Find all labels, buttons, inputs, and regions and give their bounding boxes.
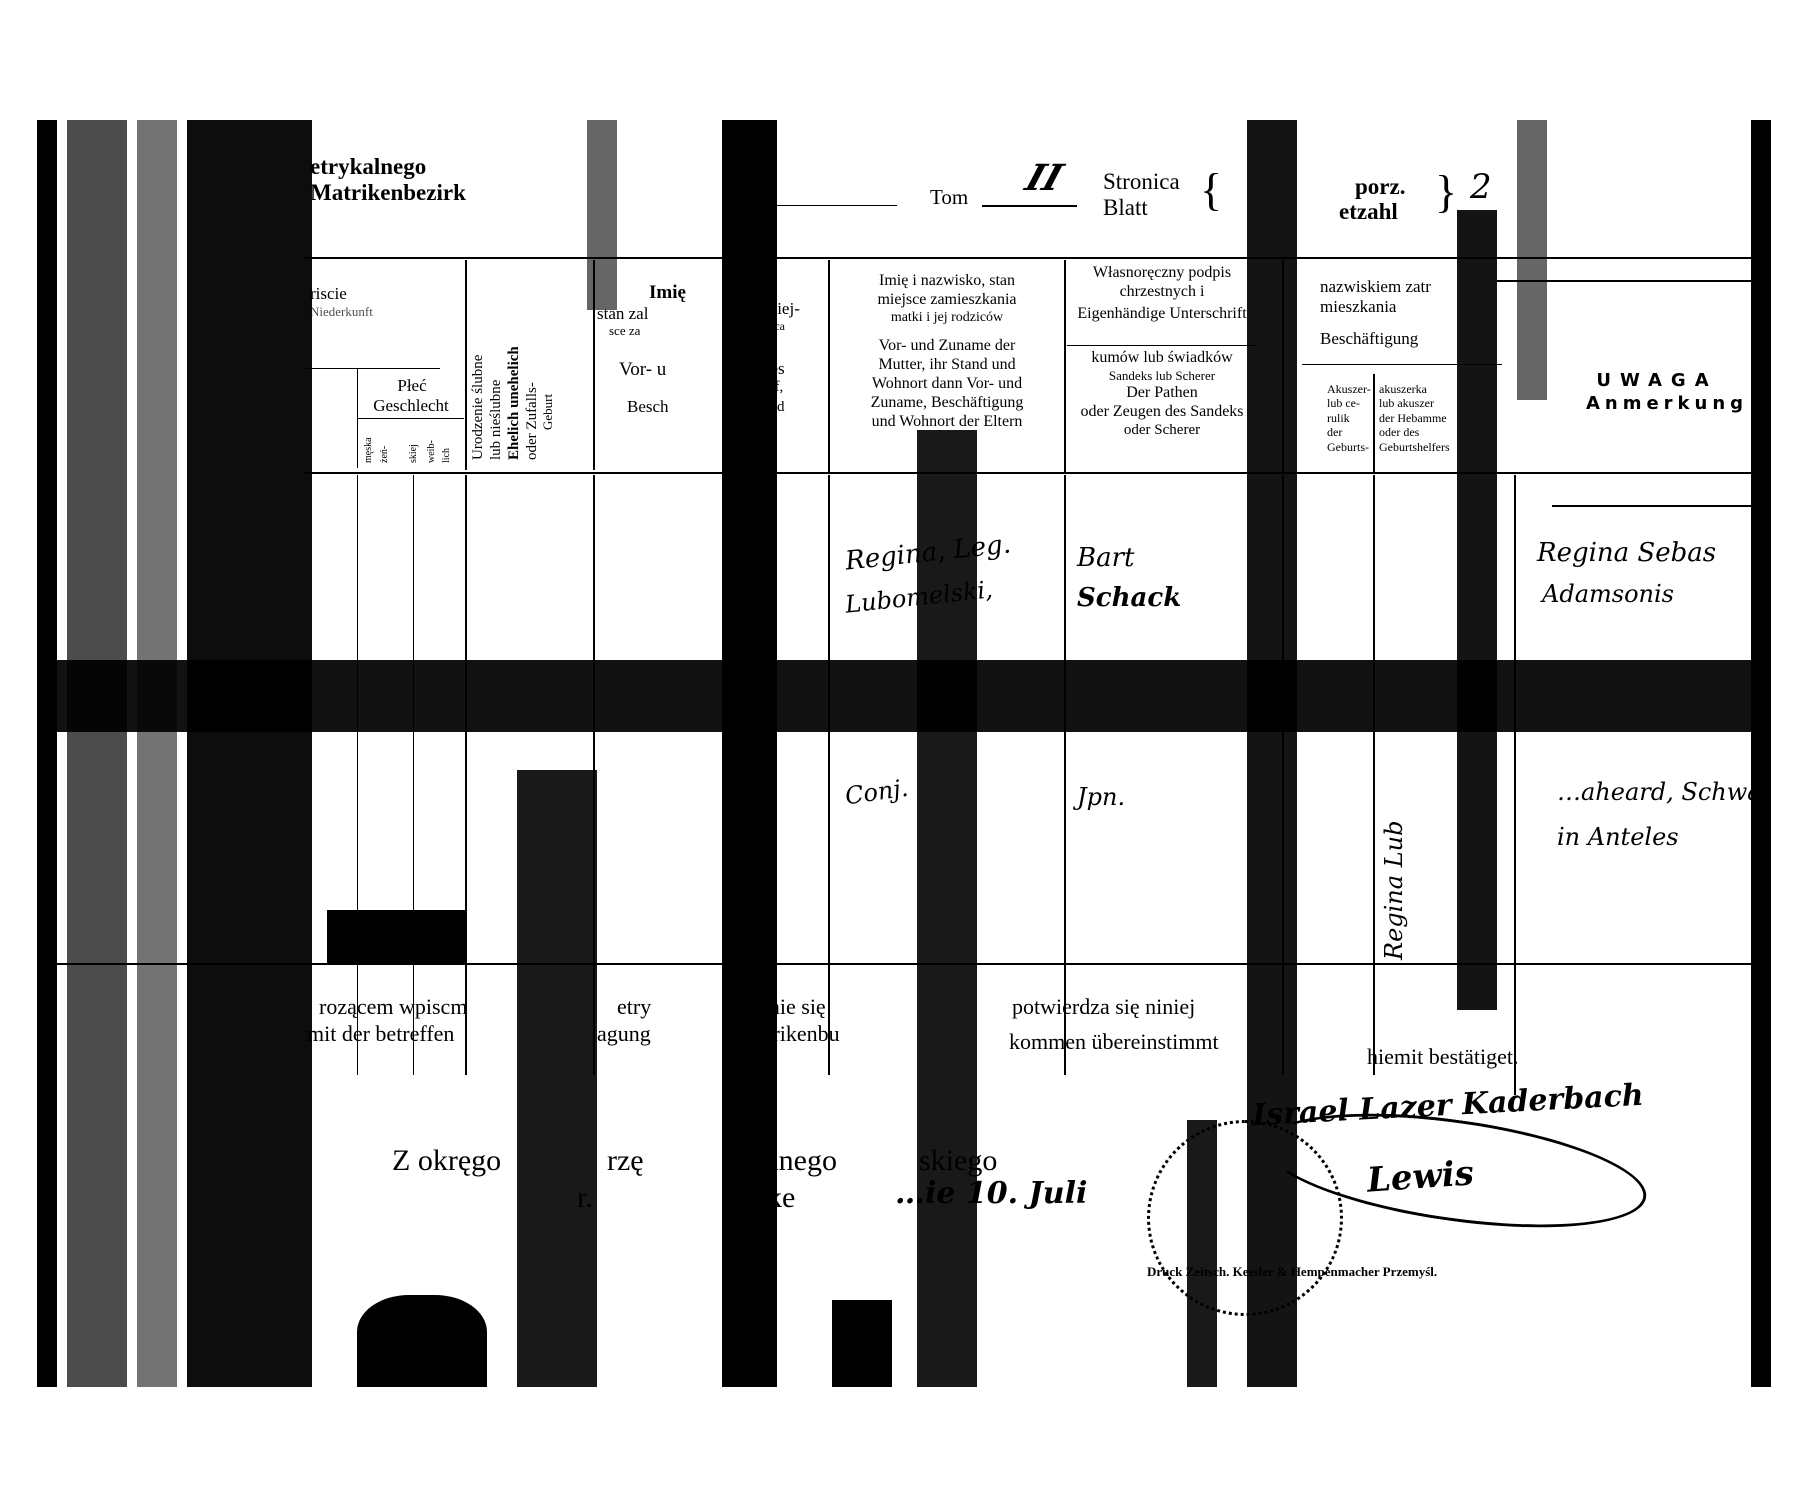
fold-shadow	[587, 120, 617, 310]
col-godparents-de-1: Eigenhändige Unterschrift	[1067, 306, 1257, 323]
brace-icon: {	[1200, 166, 1222, 214]
col-midwife-sub-left: Akuszer- lub ce- rulik der Geburts-	[1327, 382, 1371, 454]
rule	[357, 418, 464, 419]
col-birth-de: Niederkunft	[310, 305, 373, 319]
rule	[413, 475, 414, 1075]
tom-value: II	[1021, 160, 1067, 198]
rule	[982, 205, 1077, 207]
col-mother-pl-3: matki i jej rodziców	[832, 311, 1062, 326]
col-father-de-1: Vor- u	[619, 360, 666, 380]
col-midwife-sub-left-2: lub ce-	[1327, 396, 1360, 410]
col-midwife-sub-right-4: oder des	[1379, 425, 1419, 439]
col-mother-pl-1: Imię i nazwisko, stan	[832, 273, 1062, 290]
col-legit-2: lub nieślubne	[489, 270, 505, 460]
godparents-entry-1: Bart	[1077, 545, 1134, 572]
col-godparents-de-3: Der Pathen	[1067, 385, 1257, 402]
col-midwife-sub-left-5: Geburts-	[1327, 440, 1369, 454]
col-midwife-sub-left-3: rulik	[1327, 411, 1350, 425]
rule	[357, 475, 358, 1075]
fold-shadow	[722, 120, 777, 1387]
col-legit-1: Urodzenie ślubne	[471, 270, 487, 460]
entry-number: 2	[1470, 170, 1492, 206]
col-birth-pl: riscie	[310, 285, 347, 303]
scanned-document: etrykalnego Matrikenbezirk Tom II Stroni…	[37, 120, 1771, 1387]
tom-label: Tom	[930, 186, 968, 208]
cert-pl-2: etry	[617, 995, 651, 1018]
midwife-entry: Regina Lub	[1382, 810, 1407, 960]
godparents-entry-2: Schack	[1077, 585, 1181, 612]
col-sex-female-3: lich	[442, 423, 453, 463]
godparents-entry-3: Jpn.	[1077, 785, 1125, 810]
scan-edge	[1751, 120, 1771, 1387]
rule	[305, 368, 440, 369]
porz-label: porz.	[1355, 175, 1405, 199]
col-mother-de-1: Vor- und Zuname der	[832, 338, 1062, 355]
col-legit-3: Ehelich unehelich	[507, 270, 523, 460]
col-mother-pl-2: miejsce zamieszkania	[832, 292, 1062, 309]
stain	[357, 1295, 487, 1387]
col-midwife-pl-3: Beschäftigung	[1320, 330, 1418, 348]
rule	[828, 260, 830, 472]
cert-pl-1: rozącem wpiscm	[319, 995, 467, 1018]
brace-icon: }	[1435, 168, 1457, 216]
rule	[1064, 475, 1066, 1075]
fold-shadow	[1517, 120, 1547, 400]
rule	[1514, 475, 1516, 1095]
cert-pl-4: potwierdza się niniej	[1012, 995, 1195, 1018]
col-midwife-sub-left-4: der	[1327, 425, 1342, 439]
cert-de-2: agung	[597, 1022, 651, 1045]
fold-shadow	[67, 120, 127, 1387]
district-label-de: Matrikenbezirk	[310, 181, 466, 205]
col-midwife-pl-2: mieszkania	[1320, 298, 1396, 316]
col-sex-pl: Płeć	[362, 377, 462, 395]
col-sex-male-2: żeń-	[380, 423, 391, 463]
col-sex-male: męska	[364, 423, 375, 463]
fold-shadow	[187, 120, 312, 1387]
col-father-pl-3: sce za	[609, 324, 640, 338]
scan-edge	[37, 120, 57, 1387]
col-father-de-3: Besch	[627, 398, 669, 416]
col-sex-de: Geschlecht	[355, 397, 467, 415]
fold-shadow	[137, 120, 177, 1387]
col-sex-female: skiej	[409, 423, 420, 463]
col-mother-de-2: Mutter, ihr Stand und	[832, 357, 1062, 374]
col-godparents-pl-1: Własnoręczny podpis	[1067, 265, 1257, 282]
col-godparents-de-4: oder Zeugen des Sandeks	[1067, 404, 1257, 421]
stain	[832, 1300, 892, 1387]
blatt-label: Blatt	[1103, 196, 1148, 220]
col-midwife-pl-1: nazwiskiem zatr	[1320, 278, 1431, 296]
remarks-entry-5: in Anteles	[1557, 825, 1679, 850]
fold-shadow	[1247, 120, 1297, 1387]
fold-shadow	[1187, 1120, 1217, 1387]
remarks-entry-1: Regina Sebas	[1537, 540, 1716, 567]
district-label-pl: etrykalnego	[310, 155, 426, 179]
stronica-label: Stronica	[1103, 170, 1180, 194]
col-remarks-pl: UWAGA	[1557, 372, 1757, 391]
col-godparents-pl-2: chrzestnych i	[1067, 284, 1257, 301]
cert-de-5: hiemit bestätiget.	[1367, 1045, 1519, 1068]
col-midwife-sub-left-1: Akuszer-	[1327, 382, 1371, 396]
horizontal-fold	[47, 660, 1771, 732]
rule	[465, 260, 467, 470]
col-midwife-sub-right-2: lub akuszer	[1379, 396, 1434, 410]
col-godparents-pl2: kumów lub świadków	[1067, 350, 1257, 367]
header-bottom-rule	[305, 472, 1771, 474]
col-mother-de-5: und Wohnort der Eltern	[832, 414, 1062, 431]
rule	[1067, 345, 1257, 346]
col-sex-female-2: weib-	[427, 423, 438, 463]
rule	[357, 368, 358, 468]
col-godparents-de-2: Sandeks lub Scherer	[1067, 369, 1257, 383]
remarks-entry-4: …aheard, Schwar	[1557, 780, 1771, 805]
rule	[1373, 475, 1375, 1075]
col-father-pl-1: Imię	[649, 283, 686, 303]
table-top-rule	[305, 257, 1771, 259]
col-midwife-sub-right: akuszerka lub akuszer der Hebamme oder d…	[1379, 382, 1450, 454]
col-godparents-de-5: oder Scherer	[1067, 423, 1257, 439]
rule	[1552, 505, 1771, 507]
remarks-entry-2: Adamsonis	[1542, 582, 1674, 607]
office-pl-1: Z okręgo	[392, 1145, 501, 1177]
col-midwife-sub-right-5: Geburtshelfers	[1379, 440, 1450, 454]
rule	[1064, 260, 1066, 472]
rule	[828, 475, 830, 1075]
fold-shadow	[517, 770, 597, 1387]
col-mother-de-3: Wohnort dann Vor- und	[832, 376, 1062, 393]
col-legit-5: Geburt	[541, 340, 555, 430]
col-midwife-sub-right-1: akuszerka	[1379, 382, 1427, 396]
zahl-label: etzahl	[1339, 200, 1398, 224]
col-mother-de-4: Zuname, Beschäftigung	[832, 395, 1062, 412]
fold-shadow	[1457, 210, 1497, 1010]
col-legit-4: oder Zufalls-	[525, 270, 541, 460]
rule	[1373, 374, 1375, 472]
cert-de-4: kommen übereinstimmt	[1009, 1030, 1219, 1053]
tape-patch	[327, 910, 467, 965]
rule	[465, 475, 467, 1075]
col-remarks-de: Anmerkung	[1562, 395, 1771, 414]
mother-entry-3: Conj.	[844, 776, 910, 810]
col-midwife-sub-right-3: der Hebamme	[1379, 411, 1447, 425]
cert-de-1: mit der betreffen	[307, 1022, 454, 1045]
fold-shadow	[917, 430, 977, 1387]
office-pl-2: rzę	[607, 1145, 644, 1177]
